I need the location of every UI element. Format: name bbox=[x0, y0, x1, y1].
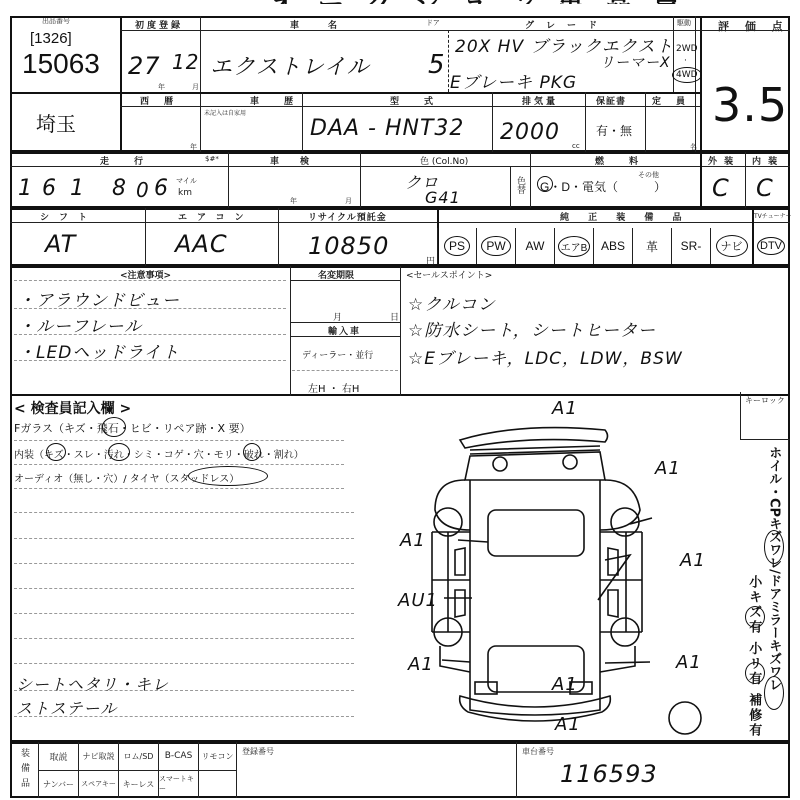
aircon-label: エアコン bbox=[178, 210, 254, 223]
lot-number: 15063 bbox=[22, 48, 100, 80]
car-name-label: 車 名 bbox=[290, 18, 347, 31]
import-options[interactable]: ディーラー・並行 bbox=[302, 348, 373, 361]
shift-label: シフト bbox=[40, 210, 97, 223]
legend-vertical-wheel-mirror: ホイル・CPキズワレ/ドアミラーキズワレ bbox=[766, 446, 780, 691]
grade-line2: Eブレーキ PKG bbox=[450, 68, 577, 93]
mileage-label: 走 行 bbox=[100, 154, 151, 167]
circle-wheel-scratch bbox=[764, 530, 784, 564]
equipment-navi[interactable]: ナビ bbox=[710, 228, 752, 264]
mileage-unit-mile: マイル bbox=[176, 176, 197, 186]
capacity-unit: 名 bbox=[690, 142, 697, 152]
damage-mark-right-front-fender: A1 bbox=[676, 652, 702, 673]
accessory-smart-key-label: スマートキー bbox=[159, 774, 198, 794]
region: 埼玉 bbox=[36, 108, 76, 137]
accessory-rom-sd[interactable]: ロム/SD bbox=[118, 742, 158, 770]
fuel-options[interactable]: G・D・電気（ ） bbox=[540, 178, 666, 195]
drive-option-2wd[interactable]: 2WD bbox=[676, 44, 698, 54]
inspector-note-1: シートヘタリ・キレ bbox=[16, 672, 169, 695]
circle-mirror-scratch bbox=[764, 676, 784, 710]
sales-point-1: ☆クルコン bbox=[408, 290, 496, 315]
grade-label: グレード bbox=[525, 18, 609, 31]
equipment-tuner[interactable]: DTV bbox=[752, 228, 790, 264]
exterior-grade: C bbox=[712, 174, 730, 202]
damage-mark-front-bumper: A1 bbox=[555, 714, 581, 735]
equipment-abs[interactable]: ABS bbox=[593, 228, 632, 264]
color-label: 色 (Col.No) bbox=[420, 154, 468, 167]
mileage-digit-6: 6 bbox=[154, 176, 169, 201]
exterior-label: 外 装 bbox=[708, 154, 735, 167]
equipment-pw[interactable]: PW bbox=[476, 228, 515, 264]
fuel-other-label: その他 bbox=[638, 170, 659, 180]
grade-line1-cont: リーマーX bbox=[600, 52, 671, 72]
mileage-digit-1: 1 bbox=[18, 176, 33, 201]
circle-interior-mori bbox=[243, 443, 261, 461]
circle-small-dent-yes bbox=[745, 662, 765, 684]
displacement: 2000 bbox=[500, 120, 560, 145]
warranty-options[interactable]: 有・無 bbox=[596, 122, 632, 139]
door-label: ドア bbox=[426, 18, 440, 28]
mileage-unit-km: km bbox=[178, 188, 192, 198]
lot-code: [1326] bbox=[30, 30, 72, 47]
history-label: 車 歴 bbox=[250, 94, 301, 107]
damage-mark-left-rear-door: A1 bbox=[400, 530, 426, 551]
mileage-digit-5: 0 bbox=[136, 178, 150, 202]
equipment-ps-label: PS bbox=[444, 236, 470, 256]
drive-selected-circle bbox=[672, 67, 702, 83]
accessory-navi-manual-label: ナビ取説 bbox=[83, 751, 115, 762]
accessory-rom-sd-label: ロム/SD bbox=[124, 751, 154, 762]
inspector-label: < 検査員記入欄 > bbox=[14, 398, 131, 418]
damage-mark-right-doors: A1 bbox=[680, 550, 706, 571]
color-change-label: 色替 bbox=[514, 176, 527, 194]
circle-interior-scratch bbox=[46, 443, 66, 461]
inspection-year-unit: 年 bbox=[290, 196, 297, 206]
equipment-leather[interactable]: 革 bbox=[632, 228, 671, 264]
equipment-pw-label: PW bbox=[481, 236, 510, 256]
accessory-navi-manual[interactable]: ナビ取説 bbox=[78, 742, 118, 770]
damage-mark-rear-bumper: A1 bbox=[552, 398, 578, 419]
damage-mark-rear-right-fender: A1 bbox=[655, 458, 681, 479]
tuner-label: TVチューナー bbox=[754, 211, 792, 220]
accessory-bcas[interactable]: B-CAS bbox=[158, 742, 198, 770]
accessory-bcas-label: B-CAS bbox=[165, 751, 193, 761]
accessory-spare-key[interactable]: スペアキー bbox=[78, 770, 118, 798]
equipment-sunroof[interactable]: SR- bbox=[671, 228, 710, 264]
accessory-number-plate-label: ナンバー bbox=[43, 779, 74, 790]
damage-mark-front-grille: A1 bbox=[552, 674, 578, 695]
first-reg-label: 初度登録 bbox=[135, 18, 183, 31]
legend-vertical-minor: 小キズ有 小リ有 補修有 bbox=[746, 575, 760, 738]
inspection-label: 車 検 bbox=[270, 154, 315, 167]
aircon: AAC bbox=[175, 230, 228, 258]
circle-studless bbox=[188, 466, 268, 486]
odometer-label: $#* bbox=[205, 155, 219, 163]
displacement-label: 排気量 bbox=[522, 94, 558, 107]
inspector-line-1: Fガラス（キズ・飛石・ヒビ・リペア跡・X 要） bbox=[14, 420, 251, 436]
shift: AT bbox=[45, 230, 76, 258]
equipment-airbag-label: エアB bbox=[558, 236, 591, 257]
score-label: 評 価 点 bbox=[718, 18, 789, 34]
interior-grade: C bbox=[756, 174, 774, 202]
accessory-number-plate[interactable]: ナンバー bbox=[38, 770, 78, 798]
circle-small-scratch-yes bbox=[745, 606, 765, 628]
mileage-digit-2: 6 bbox=[42, 176, 57, 201]
mileage-digit-4: 8 bbox=[112, 176, 127, 201]
accessory-remote-label: リモコン bbox=[202, 751, 234, 762]
score: 3.5 bbox=[712, 78, 788, 132]
accessory-keyless-label: キーレス bbox=[123, 779, 155, 790]
accessory-empty bbox=[198, 770, 236, 798]
handle-options[interactable]: 左H ・ 右H bbox=[308, 380, 359, 395]
accessory-remote[interactable]: リモコン bbox=[198, 742, 236, 770]
car-name: エクストレイル bbox=[210, 50, 370, 81]
accessory-manual-label: 取説 bbox=[49, 750, 67, 763]
seireki-label: 西 暦 bbox=[140, 94, 176, 107]
mileage-digit-3: 1 bbox=[70, 176, 85, 201]
equipment-navi-label: ナビ bbox=[716, 235, 748, 257]
history-note: 未記入は自家用 bbox=[204, 108, 246, 117]
first-reg-month: 12 bbox=[172, 50, 199, 74]
damage-mark-left-front-door: AU1 bbox=[398, 590, 438, 611]
first-reg-year: 27 bbox=[128, 52, 161, 80]
equipment-abs-label: ABS bbox=[601, 239, 625, 253]
equipment-aw[interactable]: AW bbox=[515, 228, 554, 264]
equipment-leather-label: 革 bbox=[646, 238, 658, 255]
circle-interior-dirt bbox=[108, 443, 130, 461]
equipment-label: 純 正 装 備 品 bbox=[560, 210, 690, 223]
equipment-sunroof-label: SR- bbox=[681, 239, 702, 253]
year-unit: 年 bbox=[158, 82, 165, 92]
circle-flying-stone bbox=[102, 417, 126, 437]
displacement-unit: cc bbox=[572, 142, 580, 150]
equipment-ps[interactable]: PS bbox=[437, 228, 476, 264]
sales-label: <セールスポイント> bbox=[406, 268, 492, 281]
accessory-spare-key-label: スペアキー bbox=[81, 779, 116, 789]
model: DAA - HNT32 bbox=[310, 116, 464, 141]
capacity-label: 定 員 bbox=[652, 94, 688, 107]
reg-number-label: 登録番号 bbox=[242, 746, 274, 757]
fuel-label: 燃 料 bbox=[595, 154, 646, 167]
recycle-label: リサイクル預託金 bbox=[308, 210, 387, 223]
chassis-label: 車台番号 bbox=[522, 746, 554, 757]
doors: 5 bbox=[428, 50, 446, 80]
lot-label: 出品番号 bbox=[42, 16, 70, 26]
warranty-label: 保証書 bbox=[596, 94, 626, 107]
inspection-month-unit: 月 bbox=[345, 196, 352, 206]
color-code: G41 bbox=[425, 188, 461, 207]
key-lock-label: キーロック bbox=[745, 395, 785, 406]
accessory-smart-key[interactable]: スマートキー bbox=[158, 770, 198, 798]
damage-mark-left-front-fender: A1 bbox=[408, 654, 434, 675]
seireki-unit: 年 bbox=[190, 142, 197, 152]
tuner-value: DTV bbox=[757, 237, 785, 255]
accessory-manual[interactable]: 取説 bbox=[38, 742, 78, 770]
drive-separator: · bbox=[684, 56, 687, 66]
sheet-title: オークション出品票 bbox=[270, 0, 701, 4]
equipment-airbag[interactable]: エアB bbox=[554, 228, 593, 264]
chassis-number: 116593 bbox=[560, 760, 658, 788]
sales-point-2: ☆防水シート，シートヒーター bbox=[408, 316, 656, 341]
model-label: 型 式 bbox=[390, 94, 441, 107]
accessory-keyless[interactable]: キーレス bbox=[118, 770, 158, 798]
sales-point-3: ☆Eブレーキ，LDC，LDW，BSW bbox=[408, 344, 683, 369]
accessories-label: 装備品 bbox=[18, 748, 31, 793]
interior-label: 内 装 bbox=[752, 154, 779, 167]
equipment-aw-label: AW bbox=[526, 239, 545, 253]
recycle-fee: 10850 bbox=[308, 232, 389, 260]
fuel-selected-circle bbox=[537, 176, 553, 192]
month-unit: 月 bbox=[192, 82, 199, 92]
drive-label: 駆動 bbox=[677, 18, 691, 28]
